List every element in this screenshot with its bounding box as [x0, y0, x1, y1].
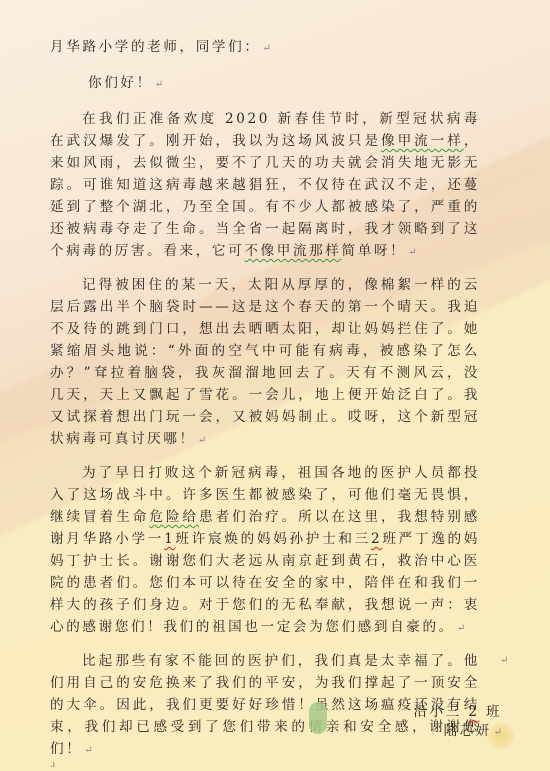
- paragraph-mark-icon: ↵: [494, 727, 502, 738]
- spelling-flag-3[interactable]: 2: [468, 704, 479, 720]
- paragraph-1-text-e: 简单呀！: [342, 243, 407, 259]
- spelling-flag-2[interactable]: 2: [371, 531, 382, 547]
- paragraph-mark-icon: ↵: [198, 435, 206, 446]
- signature-class-prefix: 沿小三: [413, 704, 461, 720]
- hello-text: 你们好！: [88, 75, 153, 91]
- paragraph-1-text-c: ，来如风雨，去似微尘，要不了几天的功夫就会消失地无影无踪。可谁知道这病毒越来越猖…: [50, 133, 480, 259]
- paragraph-3: 为了早日打败这个新冠病毒，祖国各地的医护人员都投入了这场战斗中。许多医生都被感染…: [50, 462, 480, 640]
- decorative-green-pill: [309, 702, 327, 734]
- signature-name-text: 陆芯妍: [444, 723, 492, 739]
- paragraph-mark-icon: ↵: [408, 247, 416, 258]
- footer-mark: .ı: [50, 760, 55, 769]
- spelling-flag-1[interactable]: 1: [164, 531, 175, 547]
- empty-paragraph-mark-icon: ↵: [500, 655, 508, 666]
- paragraph-2: 记得被困住的某一天，太阳从厚厚的，像棉絮一样的云层后露出半个脑袋时——这是这个春…: [50, 274, 480, 452]
- paragraph-mark-icon: ↵: [155, 79, 163, 90]
- signature-name: 陆芯妍↵: [413, 722, 502, 742]
- signature-class: 沿小三 2 班: [413, 703, 502, 722]
- greeting-text: 月华路小学的老师，同学们：: [50, 39, 261, 55]
- document-body[interactable]: 月华路小学的老师，同学们：↵ 你们好！↵ 在我们正准备欢度 2020 新春佳节时…: [50, 36, 480, 771]
- grammar-flag-3[interactable]: 危险给: [149, 509, 199, 525]
- paragraph-1: 在我们正准备欢度 2020 新春佳节时，新型冠状病毒在武汉爆发了。刚开始，我以为…: [50, 108, 480, 264]
- paragraph-3-text-e: 班许宸焕的妈妈孙护士和三: [175, 531, 371, 547]
- grammar-flag-2[interactable]: 不像甲流那样: [244, 243, 341, 259]
- paragraph-mark-icon: ↵: [84, 745, 92, 756]
- hello-line: 你们好！↵: [50, 72, 480, 96]
- signature-block: 沿小三 2 班 陆芯妍↵: [413, 703, 502, 742]
- paragraph-mark-icon: ↵: [457, 623, 465, 634]
- paragraph-mark-icon: ↵: [263, 43, 271, 54]
- paragraph-2-text: 记得被困住的某一天，太阳从厚厚的，像棉絮一样的云层后露出半个脑袋时——这是这个春…: [50, 277, 480, 447]
- grammar-flag-1[interactable]: 像甲流一样: [381, 133, 464, 149]
- signature-class-suffix: 班: [486, 704, 502, 720]
- greeting-line: 月华路小学的老师，同学们：↵: [50, 36, 480, 60]
